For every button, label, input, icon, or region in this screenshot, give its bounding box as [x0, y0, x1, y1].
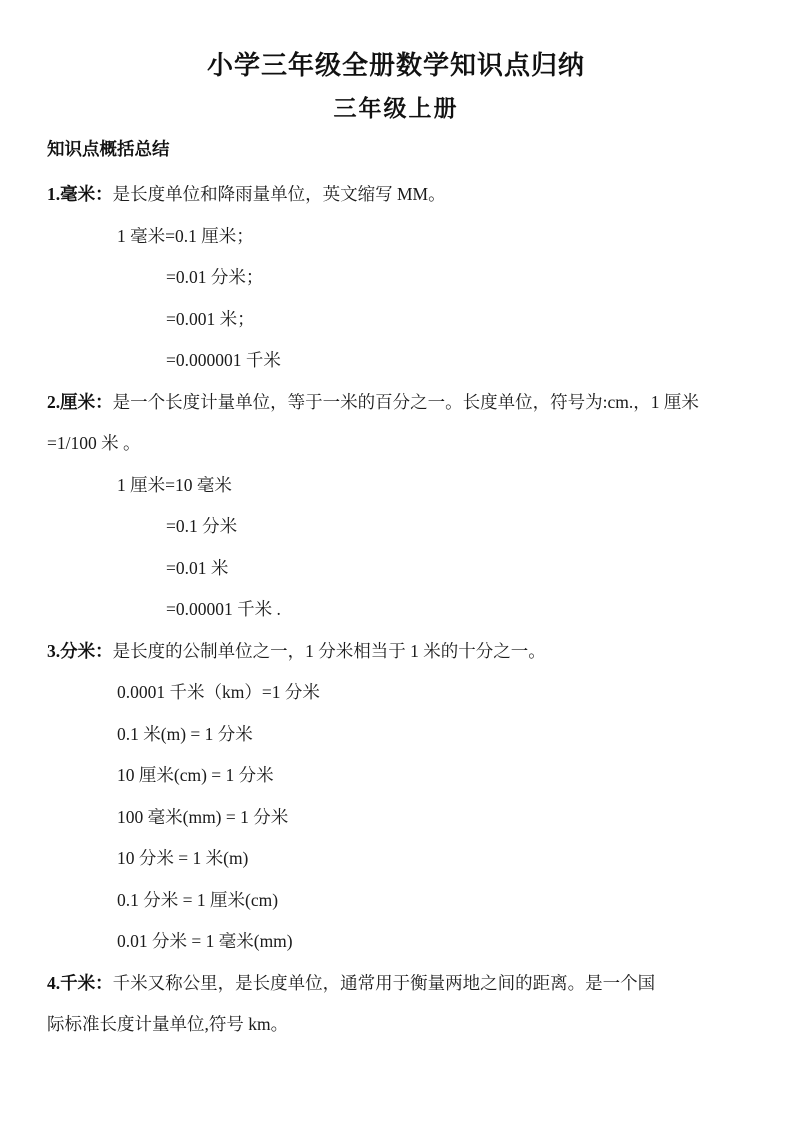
- line-text: =0.00001 千米 .: [166, 599, 281, 619]
- line-text: =0.1 分米: [166, 516, 237, 536]
- doc-line: 1 毫米=0.1 厘米；: [47, 216, 745, 258]
- doc-line: =0.1 分米: [47, 506, 745, 548]
- line-text: 1 毫米=0.1 厘米；: [117, 226, 254, 246]
- doc-line: =0.001 米；: [47, 299, 745, 341]
- doc-line: 0.1 分米 = 1 厘米(cm): [47, 880, 745, 922]
- term-label: 1.毫米：: [47, 184, 113, 204]
- line-text: =0.000001 千米: [166, 350, 281, 370]
- doc-line-centimeter-def: 2.厘米：是一个长度计量单位，等于一米的百分之一。长度单位，符号为:cm.，1 …: [47, 382, 745, 424]
- term-label: 4.千米：: [47, 973, 113, 993]
- line-text: 千米又称公里，是长度单位，通常用于衡量两地之间的距离。是一个国: [113, 973, 656, 993]
- line-text: 0.01 分米 = 1 毫米(mm): [117, 931, 293, 951]
- doc-subtitle: 三年级上册: [47, 94, 745, 124]
- doc-line: 100 毫米(mm) = 1 分米: [47, 797, 745, 839]
- line-text: 0.0001 千米（km）=1 分米: [117, 682, 320, 702]
- doc-line: 1 厘米=10 毫米: [47, 465, 745, 507]
- line-text: 1 厘米=10 毫米: [117, 475, 232, 495]
- document-page: 小学三年级全册数学知识点归纳 三年级上册 知识点概括总结 1.毫米：是长度单位和…: [0, 0, 793, 1122]
- doc-line: 10 分米 = 1 米(m): [47, 838, 745, 880]
- line-text: =1/100 米 。: [47, 433, 140, 453]
- term-label: 2.厘米：: [47, 392, 113, 412]
- doc-title: 小学三年级全册数学知识点归纳: [47, 50, 745, 82]
- line-text: 际标准长度计量单位,符号 km。: [47, 1014, 288, 1034]
- line-text: 100 毫米(mm) = 1 分米: [117, 807, 288, 827]
- line-text: 是长度单位和降雨量单位，英文缩写 MM。: [113, 184, 446, 204]
- doc-line: =0.01 分米；: [47, 257, 745, 299]
- line-text: 是一个长度计量单位，等于一米的百分之一。长度单位，符号为:cm.，1 厘米: [113, 392, 699, 412]
- doc-line: 0.01 分米 = 1 毫米(mm): [47, 921, 745, 963]
- document-content: 小学三年级全册数学知识点归纳 三年级上册 知识点概括总结 1.毫米：是长度单位和…: [0, 50, 793, 1046]
- term-label: 3.分米：: [47, 641, 113, 661]
- line-text: =0.001 米；: [166, 309, 255, 329]
- section-heading: 知识点概括总结: [47, 136, 745, 162]
- doc-line: 际标准长度计量单位,符号 km。: [47, 1004, 745, 1046]
- doc-line: 0.1 米(m) = 1 分米: [47, 714, 745, 756]
- line-text: 是长度的公制单位之一，1 分米相当于 1 米的十分之一。: [113, 641, 546, 661]
- doc-line: 0.0001 千米（km）=1 分米: [47, 672, 745, 714]
- line-text: 0.1 米(m) = 1 分米: [117, 724, 253, 744]
- line-text: 10 厘米(cm) = 1 分米: [117, 765, 274, 785]
- doc-line-millimeter-def: 1.毫米：是长度单位和降雨量单位，英文缩写 MM。: [47, 174, 745, 216]
- doc-line: =0.00001 千米 .: [47, 589, 745, 631]
- doc-line: =0.01 米: [47, 548, 745, 590]
- doc-body: 1.毫米：是长度单位和降雨量单位，英文缩写 MM。 1 毫米=0.1 厘米； =…: [47, 174, 745, 1046]
- line-text: =0.01 米: [166, 558, 228, 578]
- doc-line-kilometer-def: 4.千米：千米又称公里，是长度单位，通常用于衡量两地之间的距离。是一个国: [47, 963, 745, 1005]
- line-text: 10 分米 = 1 米(m): [117, 848, 248, 868]
- line-text: =0.01 分米；: [166, 267, 263, 287]
- line-text: 0.1 分米 = 1 厘米(cm): [117, 890, 278, 910]
- doc-line: 10 厘米(cm) = 1 分米: [47, 755, 745, 797]
- doc-line: =1/100 米 。: [47, 423, 745, 465]
- doc-line-decimeter-def: 3.分米：是长度的公制单位之一，1 分米相当于 1 米的十分之一。: [47, 631, 745, 673]
- doc-line: =0.000001 千米: [47, 340, 745, 382]
